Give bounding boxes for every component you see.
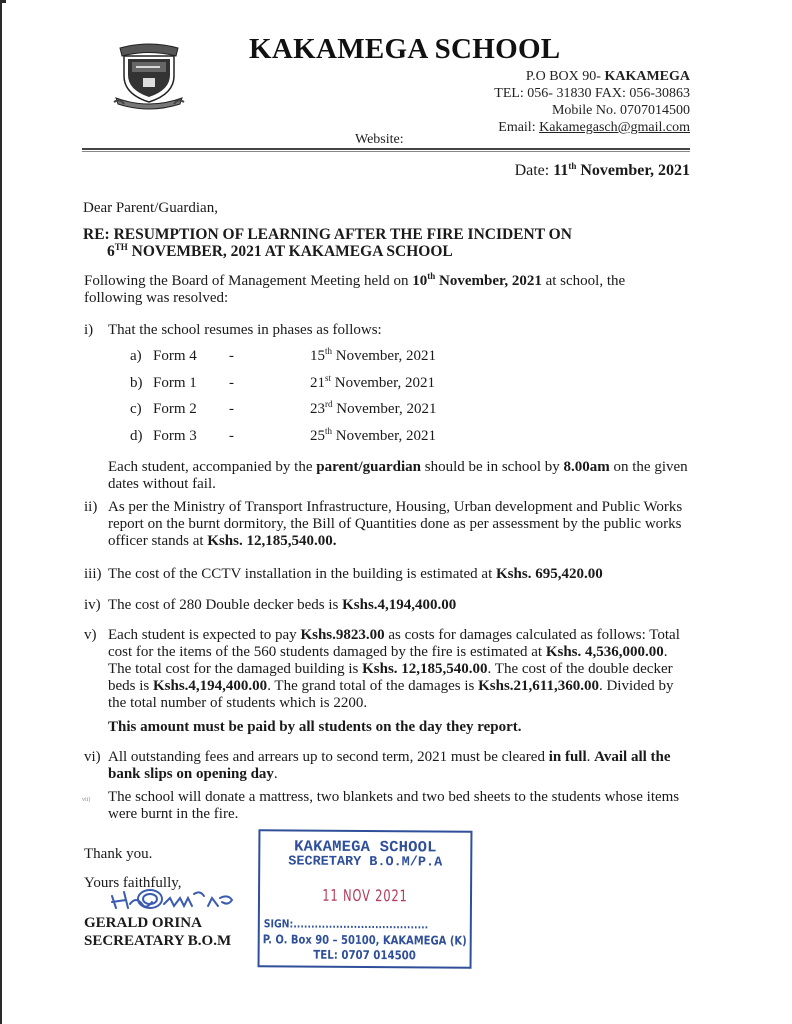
mobile-number: Mobile No. 0707014500 [494, 102, 690, 119]
item-iv-text: The cost of 280 Double decker beds is Ks… [108, 597, 693, 614]
salutation: Dear Parent/Guardian, [83, 200, 218, 217]
item-number-vii: vii) [82, 792, 90, 809]
attendance-note: Each student, accompanied by the parent/… [108, 459, 693, 493]
email-link[interactable]: Kakamegasch@gmail.com [539, 120, 690, 135]
header-divider [82, 148, 690, 152]
item-vii-text: The school will donate a mattress, two b… [108, 789, 693, 823]
item-number-v: v) [84, 627, 97, 644]
item-number-ii: ii) [84, 499, 97, 516]
stamp-date: 11 NOV 2021 [281, 885, 449, 905]
item-ii-text: As per the Ministry of Transport Infrast… [108, 499, 693, 550]
item-i-text: That the school resumes in phases as fol… [108, 322, 693, 339]
scan-corner [0, 0, 6, 3]
scan-edge [0, 0, 2, 1024]
signer-name: GERALD ORINA [84, 914, 231, 932]
school-name: KAKAMEGA SCHOOL [249, 33, 560, 66]
stamp-telephone: TEL: 0707 014500 [275, 947, 454, 962]
letter-date: Date: 11th November, 2021 [515, 162, 690, 180]
item-iii-text: The cost of the CCTV installation in the… [108, 566, 693, 583]
closing-thanks: Thank you. [84, 846, 152, 863]
email-line: Email: Kakamegasch@gmail.com [494, 119, 690, 136]
signer-title: SECREATARY B.O.M [84, 932, 231, 950]
school-crest-icon [110, 42, 188, 112]
po-box: P.O BOX 90- KAKAMEGA [494, 68, 690, 85]
handwritten-signature [108, 884, 238, 912]
stamp-address: P. O. Box 90 – 50100, KAKAMEGA (K) [263, 932, 462, 947]
item-number-i: i) [84, 322, 93, 339]
item-number-vi: vi) [84, 749, 101, 766]
contact-block: P.O BOX 90- KAKAMEGA TEL: 056- 31830 FAX… [494, 68, 690, 136]
website-label: Website: [355, 132, 404, 148]
tel-fax: TEL: 056- 31830 FAX: 056-30863 [494, 85, 690, 102]
item-number-iv: iv) [84, 597, 101, 614]
stamp-office: SECRETARY B.O.M/P.A [260, 854, 470, 870]
stamp-sign-line: SIGN:...................................… [264, 917, 434, 931]
subject-line: RE: RESUMPTION OF LEARNING AFTER THE FIR… [83, 226, 572, 260]
intro-paragraph: Following the Board of Management Meetin… [84, 273, 684, 307]
item-vi-text: All outstanding fees and arrears up to s… [108, 749, 693, 783]
signer-block: GERALD ORINA SECREATARY B.O.M [84, 914, 231, 950]
item-v-text: Each student is expected to pay Kshs.982… [108, 627, 693, 712]
item-number-iii: iii) [84, 566, 102, 583]
official-stamp: KAKAMEGA SCHOOL SECRETARY B.O.M/P.A 11 N… [258, 829, 473, 968]
payment-emphasis: This amount must be paid by all students… [108, 719, 693, 736]
